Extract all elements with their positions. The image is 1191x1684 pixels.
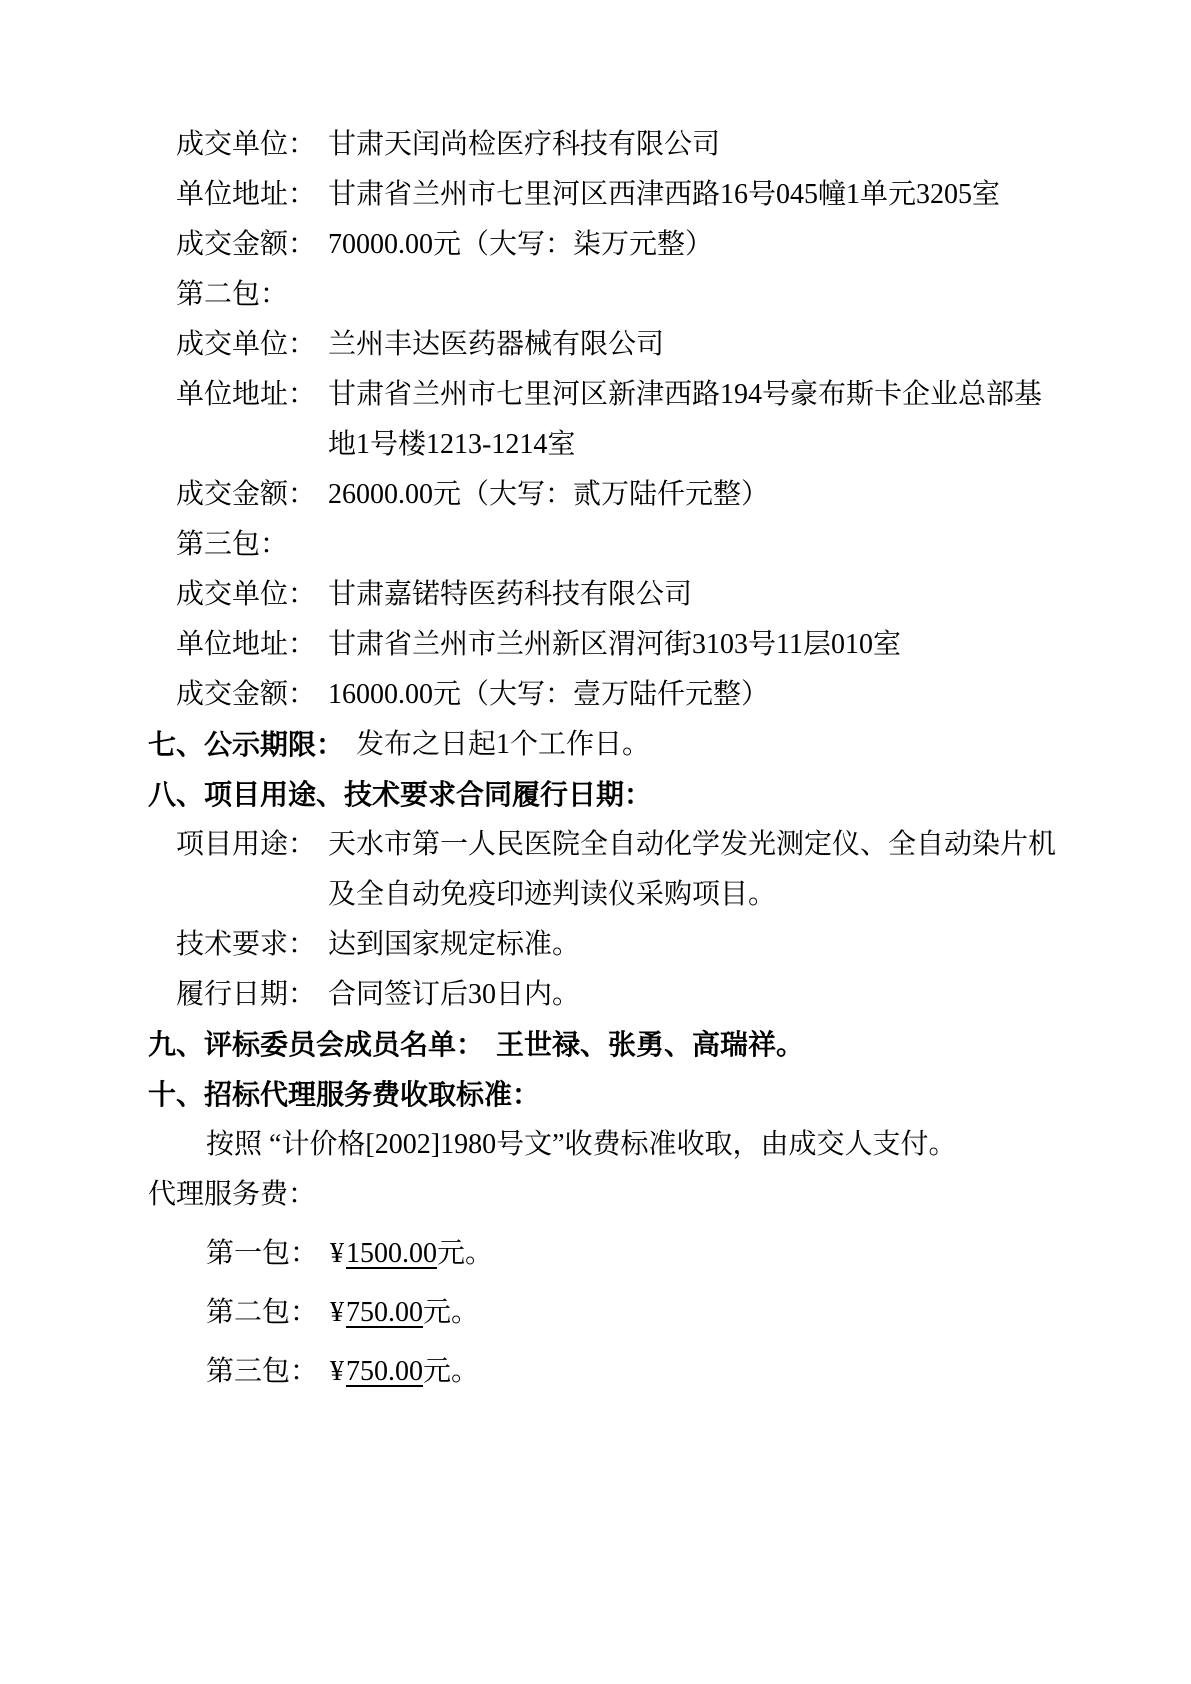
fee-amount: 750.00 [346,1347,423,1397]
supplier-label: 成交单位： [176,120,316,170]
fee-suffix: 元。 [437,1229,493,1279]
fee-suffix: 元。 [423,1288,479,1338]
usage-value: 天水市第一人民医院全自动化学发光测定仪、全自动染片机及全自动免疫印迹判读仪采购项… [328,820,1058,920]
amount-value: 70000.00元（大写：柒万元整） [328,220,1058,270]
address-value: 甘肃省兰州市七里河区西津西路16号045幢1单元3205室 [328,170,1058,220]
address-value: 甘肃省兰州市七里河区新津西路194号豪布斯卡企业总部基地1号楼1213-1214… [328,370,1058,470]
package1-address-row: 单位地址： 甘肃省兰州市七里河区西津西路16号045幢1单元3205室 [176,170,1058,220]
amount-label: 成交金额： [176,220,316,270]
document-content: 成交单位： 甘肃天闰尚检医疗科技有限公司 单位地址： 甘肃省兰州市七里河区西津西… [148,120,1058,1397]
package3-supplier-row: 成交单位： 甘肃嘉锘特医药科技有限公司 [176,570,1058,620]
supplier-value: 甘肃嘉锘特医药科技有限公司 [328,570,1058,620]
currency-symbol: ¥ [330,1347,344,1397]
amount-label: 成交金额： [176,470,316,520]
amount-value: 26000.00元（大写：贰万陆仟元整） [328,470,1058,520]
supplier-value: 兰州丰达医药器械有限公司 [328,320,1058,370]
package1-amount-row: 成交金额： 70000.00元（大写：柒万元整） [176,220,1058,270]
address-label: 单位地址： [176,370,316,420]
package2-supplier-row: 成交单位： 兰州丰达医药器械有限公司 [176,320,1058,370]
fee-label: 第三包： [206,1347,318,1397]
section7-row: 七、公示期限： 发布之日起1个工作日。 [148,720,1058,770]
fee-amount: 750.00 [346,1288,423,1338]
fee-row-package1: 第一包： ¥ 1500.00 元。 [206,1229,1058,1279]
date-value: 合同签订后30日内。 [328,970,1058,1020]
supplier-label: 成交单位： [176,320,316,370]
package1-supplier-row: 成交单位： 甘肃天闰尚检医疗科技有限公司 [176,120,1058,170]
supplier-value: 甘肃天闰尚检医疗科技有限公司 [328,120,1058,170]
tech-value: 达到国家规定标准。 [328,920,1058,970]
address-value: 甘肃省兰州市兰州新区渭河街3103号11层010室 [328,620,1058,670]
fee-suffix: 元。 [423,1347,479,1397]
package3-address-row: 单位地址： 甘肃省兰州市兰州新区渭河街3103号11层010室 [176,620,1058,670]
section9-heading: 九、评标委员会成员名单： [148,1020,484,1070]
section8-heading: 八、项目用途、技术要求合同履行日期： [148,770,1058,820]
section8-tech-row: 技术要求： 达到国家规定标准。 [176,920,1058,970]
section7-value: 发布之日起1个工作日。 [356,720,1058,770]
document-page: 成交单位： 甘肃天闰尚检医疗科技有限公司 单位地址： 甘肃省兰州市七里河区西津西… [0,0,1191,1684]
fee-amount: 1500.00 [346,1229,437,1279]
amount-label: 成交金额： [176,670,316,720]
fee-row-package2: 第二包： ¥ 750.00 元。 [206,1288,1058,1338]
package2-address-row: 单位地址： 甘肃省兰州市七里河区新津西路194号豪布斯卡企业总部基地1号楼121… [176,370,1058,470]
section10-heading: 十、招标代理服务费收取标准： [148,1070,1058,1120]
tech-label: 技术要求： [176,920,316,970]
package3-heading: 第三包： [176,520,1058,570]
package3-amount-row: 成交金额： 16000.00元（大写：壹万陆仟元整） [176,670,1058,720]
section9-value: 王世禄、张勇、高瑞祥。 [496,1020,1058,1070]
currency-symbol: ¥ [330,1288,344,1338]
section8-date-row: 履行日期： 合同签订后30日内。 [176,970,1058,1020]
agency-fee-title: 代理服务费： [148,1170,1058,1220]
amount-value: 16000.00元（大写：壹万陆仟元整） [328,670,1058,720]
package2-amount-row: 成交金额： 26000.00元（大写：贰万陆仟元整） [176,470,1058,520]
fee-label: 第二包： [206,1288,318,1338]
date-label: 履行日期： [176,970,316,1020]
package2-heading: 第二包： [176,270,1058,320]
currency-symbol: ¥ [330,1229,344,1279]
section8-usage-row: 项目用途： 天水市第一人民医院全自动化学发光测定仪、全自动染片机及全自动免疫印迹… [176,820,1058,920]
section9-row: 九、评标委员会成员名单： 王世禄、张勇、高瑞祥。 [148,1020,1058,1070]
section10-basis: 按照 “计价格[2002]1980号文”收费标准收取，由成交人支付。 [206,1120,1058,1170]
fee-label: 第一包： [206,1229,318,1279]
fee-row-package3: 第三包： ¥ 750.00 元。 [206,1347,1058,1397]
supplier-label: 成交单位： [176,570,316,620]
address-label: 单位地址： [176,170,316,220]
usage-label: 项目用途： [176,820,316,870]
address-label: 单位地址： [176,620,316,670]
section7-heading: 七、公示期限： [148,720,344,770]
